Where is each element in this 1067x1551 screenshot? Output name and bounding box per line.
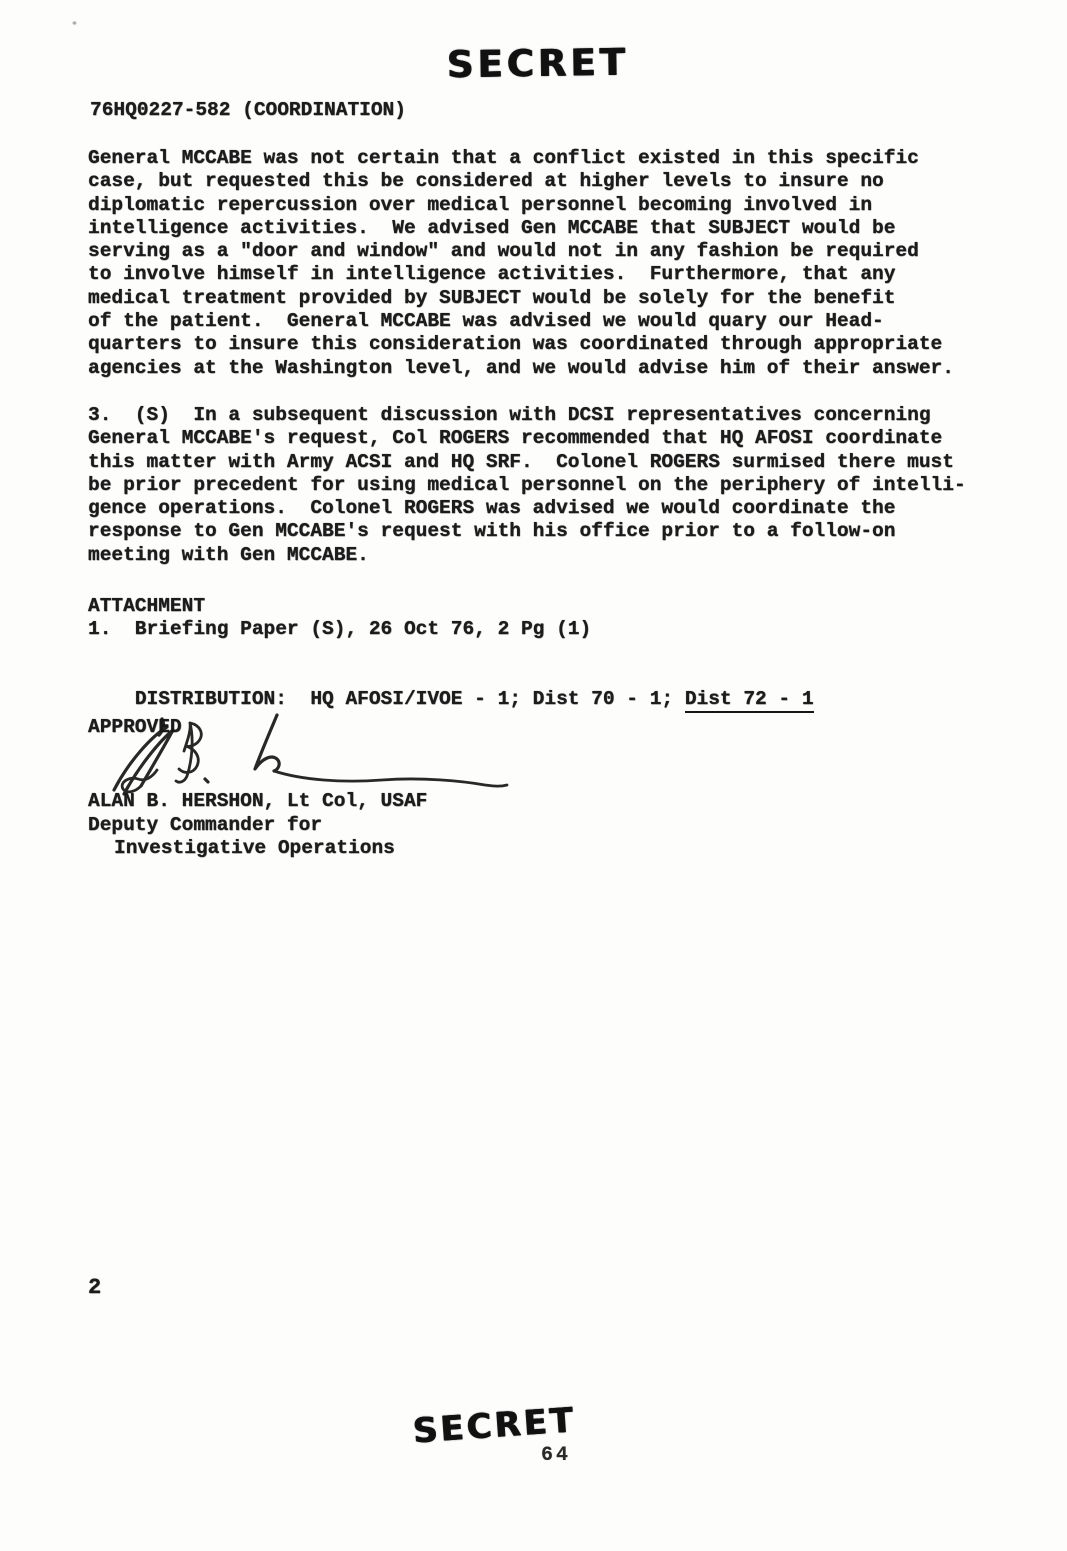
attachment-heading: ATTACHMENT — [88, 595, 591, 618]
scanned-document-page: SECRET 76HQ0227-582 (COORDINATION) Gener… — [0, 0, 1067, 1551]
attachment-item: 1. Briefing Paper (S), 26 Oct 76, 2 Pg (… — [88, 618, 591, 641]
body-line: quarters to insure this consideration wa… — [88, 333, 954, 356]
signer-name: ALAN B. HERSHON, Lt Col, USAF — [88, 790, 427, 814]
body-line: General MCCABE was not certain that a co… — [88, 147, 954, 170]
body-line: medical treatment provided by SUBJECT wo… — [88, 287, 954, 310]
body-line: General MCCABE's request, Col ROGERS rec… — [88, 427, 966, 450]
signature-block: ALAN B. HERSHON, Lt Col, USAF Deputy Com… — [88, 790, 427, 861]
body-line: response to Gen MCCABE's request with hi… — [88, 520, 966, 543]
body-line: serving as a "door and window" and would… — [88, 240, 954, 263]
body-line: intelligence activities. We advised Gen … — [88, 217, 954, 240]
body-line: meeting with Gen MCCABE. — [88, 544, 966, 567]
paragraph-continuation: General MCCABE was not certain that a co… — [88, 147, 954, 380]
paragraph-3: 3. (S) In a subsequent discussion with D… — [88, 404, 966, 567]
body-line: agencies at the Washington level, and we… — [88, 357, 954, 380]
scan-artifact-dot — [72, 21, 77, 25]
page-number: 2 — [88, 1275, 101, 1300]
body-line: diplomatic repercussion over medical per… — [88, 194, 954, 217]
body-line: gence operations. Colonel ROGERS was adv… — [88, 497, 966, 520]
body-line: of the patient. General MCCABE was advis… — [88, 310, 954, 333]
body-line: 3. (S) In a subsequent discussion with D… — [88, 404, 966, 427]
body-line: be prior precedent for using medical per… — [88, 474, 966, 497]
body-line: case, but requested this be considered a… — [88, 170, 954, 193]
body-line: to involve himself in intelligence activ… — [88, 263, 954, 286]
signer-title-line-2: Investigative Operations — [114, 837, 427, 861]
signer-title-line-1: Deputy Commander for — [88, 814, 427, 838]
classification-stamp-top: SECRET — [447, 41, 630, 87]
footer-serial-number: 64 — [541, 1444, 571, 1467]
attachment-section: ATTACHMENT 1. Briefing Paper (S), 26 Oct… — [88, 595, 591, 642]
body-line: this matter with Army ACSI and HQ SRF. C… — [88, 451, 966, 474]
document-reference-number: 76HQ0227-582 (COORDINATION) — [90, 99, 406, 121]
distribution-underlined-entry: Dist 72 - 1 — [685, 688, 814, 713]
